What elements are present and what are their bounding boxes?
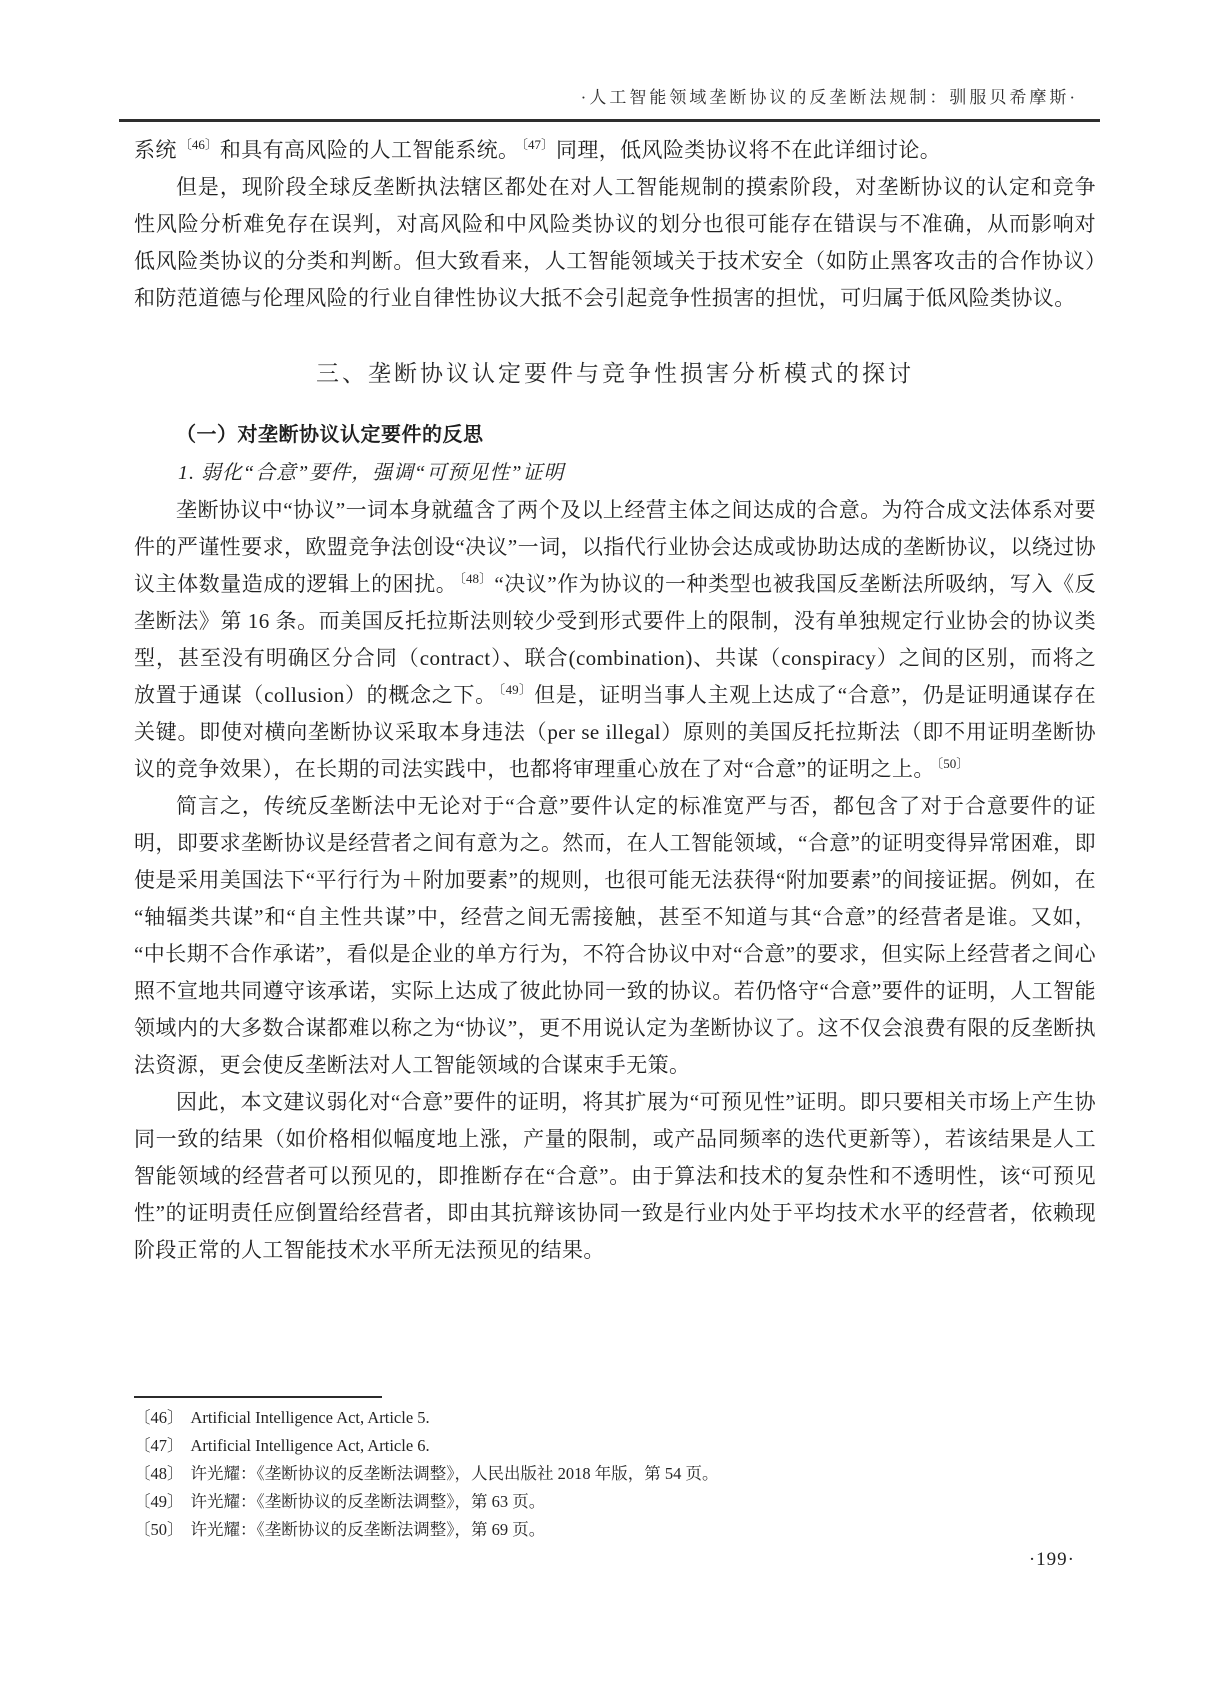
running-header: ·人工智能领域垄断协议的反垄断法规制：驯服贝希摩斯· <box>581 83 1078 108</box>
text-run: 和具有高风险的人工智能系统。 <box>220 138 520 162</box>
paragraph: 垄断协议中“协议”一词本身就蕴含了两个及以上经营主体之间达成的合意。为符合成文法… <box>134 492 1096 788</box>
footnote-item: 〔49〕许光耀：《垄断协议的反垄断法调整》，第 63 页。 <box>134 1488 1096 1516</box>
text-run: 系统 <box>134 138 177 162</box>
text-run: 但是，现阶段全球反垄断执法辖区都处在对人工智能规制的摸索阶段，对垄断协议的认定和… <box>134 175 1096 310</box>
footnote-divider <box>134 1396 382 1398</box>
footnote-ref: 〔47〕 <box>519 137 556 152</box>
paragraph: 因此，本文建议弱化对“合意”要件的证明，将其扩展为“可预见性”证明。即只要相关市… <box>134 1084 1096 1269</box>
page-number: ·199· <box>1029 1549 1075 1571</box>
footnote-text: 许光耀：《垄断协议的反垄断法调整》，人民出版社 2018 年版，第 54 页。 <box>191 1464 719 1483</box>
footnotes-list: 〔46〕Artificial Intelligence Act, Article… <box>134 1404 1096 1544</box>
footnote-marker: 〔47〕 <box>134 1436 184 1455</box>
footnote-text: 许光耀：《垄断协议的反垄断法调整》，第 69 页。 <box>191 1520 546 1539</box>
footnote-item: 〔47〕Artificial Intelligence Act, Article… <box>134 1432 1096 1460</box>
footnote-item: 〔46〕Artificial Intelligence Act, Article… <box>134 1404 1096 1432</box>
item-heading: 1. 弱化“合意”要件，强调“可预见性”证明 <box>134 454 1096 492</box>
footnote-ref: 〔49〕 <box>497 682 534 697</box>
footnote-ref: 〔48〕 <box>457 571 494 586</box>
text-run: 简言之，传统反垄断法中无论对于“合意”要件认定的标准宽严与否，都包含了对于合意要… <box>134 794 1096 1077</box>
paragraph: 但是，现阶段全球反垄断执法辖区都处在对人工智能规制的摸索阶段，对垄断协议的认定和… <box>134 169 1096 317</box>
document-page: ·人工智能领域垄断协议的反垄断法规制：驯服贝希摩斯· 系统〔46〕和具有高风险的… <box>0 0 1217 1689</box>
footnote-text: 许光耀：《垄断协议的反垄断法调整》，第 63 页。 <box>191 1492 546 1511</box>
footnote-marker: 〔49〕 <box>134 1492 184 1511</box>
paragraph: 简言之，传统反垄断法中无论对于“合意”要件认定的标准宽严与否，都包含了对于合意要… <box>134 788 1096 1084</box>
paragraph: 系统〔46〕和具有高风险的人工智能系统。〔47〕同理，低风险类协议将不在此详细讨… <box>134 132 1096 169</box>
footnote-ref: 〔50〕 <box>935 756 972 771</box>
footnote-text: Artificial Intelligence Act, Article 6. <box>191 1436 430 1455</box>
section-heading: 三、垄断协议认定要件与竞争性损害分析模式的探讨 <box>134 355 1096 392</box>
footnote-marker: 〔46〕 <box>134 1408 184 1427</box>
page-content: 系统〔46〕和具有高风险的人工智能系统。〔47〕同理，低风险类协议将不在此详细讨… <box>134 132 1096 1269</box>
footnote-item: 〔48〕许光耀：《垄断协议的反垄断法调整》，人民出版社 2018 年版，第 54… <box>134 1460 1096 1488</box>
footnote-marker: 〔50〕 <box>134 1520 184 1539</box>
footnote-item: 〔50〕许光耀：《垄断协议的反垄断法调整》，第 69 页。 <box>134 1516 1096 1544</box>
text-run: 因此，本文建议弱化对“合意”要件的证明，将其扩展为“可预见性”证明。即只要相关市… <box>134 1090 1096 1262</box>
footnote-marker: 〔48〕 <box>134 1464 184 1483</box>
footnote-text: Artificial Intelligence Act, Article 5. <box>191 1408 430 1427</box>
footnote-ref: 〔46〕 <box>177 137 220 152</box>
header-rule <box>119 119 1100 122</box>
subsection-heading: （一）对垄断协议认定要件的反思 <box>134 416 1096 454</box>
text-run: 同理，低风险类协议将不在此详细讨论。 <box>556 138 941 162</box>
